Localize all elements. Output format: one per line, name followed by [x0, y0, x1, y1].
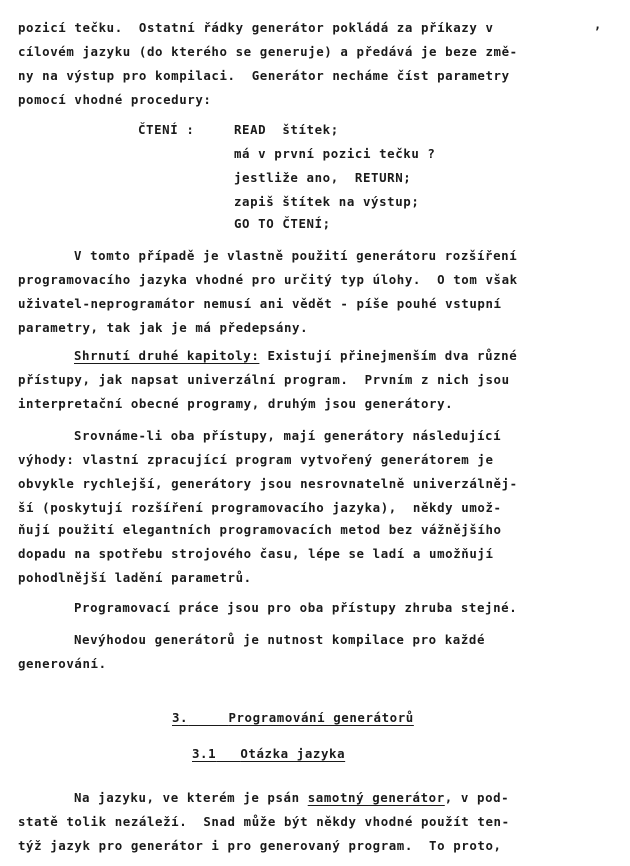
summary-text: Existují přinejmenším dva různé: [259, 348, 517, 363]
procedure-line: má v první pozici tečku ?: [234, 146, 436, 162]
text-line: cílovém jazyku (do kterého se generuje) …: [18, 44, 518, 60]
procedure-label: ČTENÍ :: [138, 122, 194, 138]
section-gap: [216, 746, 240, 761]
text-segment: Na jazyku, ve kterém je psán: [74, 790, 308, 805]
text-line: ňují použití elegantních programovacích …: [18, 522, 502, 538]
text-segment: , v pod-: [445, 790, 509, 805]
text-line: interpretační obecné programy, druhým js…: [18, 396, 453, 412]
text-line: dopadu na spotřebu strojového času, lépe…: [18, 546, 494, 562]
summary-first-line: Shrnutí druhé kapitoly: Existují přinejm…: [74, 348, 517, 364]
chapter-title: Programování generátorů: [228, 710, 413, 725]
chapter-gap: [188, 710, 228, 725]
procedure-line: zapiš štítek na výstup;: [234, 194, 419, 210]
text-line: pomocí vhodné procedury:: [18, 92, 211, 108]
typewritten-page: pozicí tečku. Ostatní řádky generátor po…: [0, 0, 630, 866]
underlined-term: samotný generátor: [308, 790, 445, 805]
text-line: Programovací práce jsou pro oba přístupy…: [74, 600, 517, 616]
chapter-heading: 3. Programování generátorů: [172, 710, 414, 726]
text-line: týž jazyk pro generátor i pro generovaný…: [18, 838, 502, 854]
text-line: pohodlnější ladění parametrů.: [18, 570, 252, 586]
summary-heading: Shrnutí druhé kapitoly:: [74, 348, 259, 363]
text-line: statě tolik nezáleží. Snad může být někd…: [18, 814, 510, 830]
procedure-line: READ štítek;: [234, 122, 339, 138]
chapter-number: 3.: [172, 710, 188, 725]
text-line: pozicí tečku. Ostatní řádky generátor po…: [18, 20, 494, 36]
section-number: 3.1: [192, 746, 216, 761]
procedure-line: jestliže ano, RETURN;: [234, 170, 411, 186]
text-line: Srovnáme-li oba přístupy, mají generátor…: [74, 428, 501, 444]
text-line: výhody: vlastní zpracující program vytvo…: [18, 452, 494, 468]
text-line: ny na výstup pro kompilaci. Generátor ne…: [18, 68, 510, 84]
text-line: generování.: [18, 656, 107, 672]
text-line: uživatel-neprogramátor nemusí ani vědět …: [18, 296, 502, 312]
text-line: Nevýhodou generátorů je nutnost kompilac…: [74, 632, 485, 648]
stray-comma-mark: ,: [594, 18, 601, 32]
section-title: Otázka jazyka: [240, 746, 345, 761]
text-line: programovacího jazyka vhodné pro určitý …: [18, 272, 518, 288]
text-line: Na jazyku, ve kterém je psán samotný gen…: [74, 790, 509, 806]
procedure-line: GO TO ČTENÍ;: [234, 216, 331, 232]
text-line: ší (poskytují rozšíření programovacího j…: [18, 500, 502, 516]
text-line: obvykle rychlejší, generátory jsou nesro…: [18, 476, 518, 492]
section-heading: 3.1 Otázka jazyka: [192, 746, 345, 762]
text-line: parametry, tak jak je má předepsány.: [18, 320, 308, 336]
text-line: přístupy, jak napsat univerzální program…: [18, 372, 510, 388]
text-line: V tomto případě je vlastně použití gener…: [74, 248, 517, 264]
